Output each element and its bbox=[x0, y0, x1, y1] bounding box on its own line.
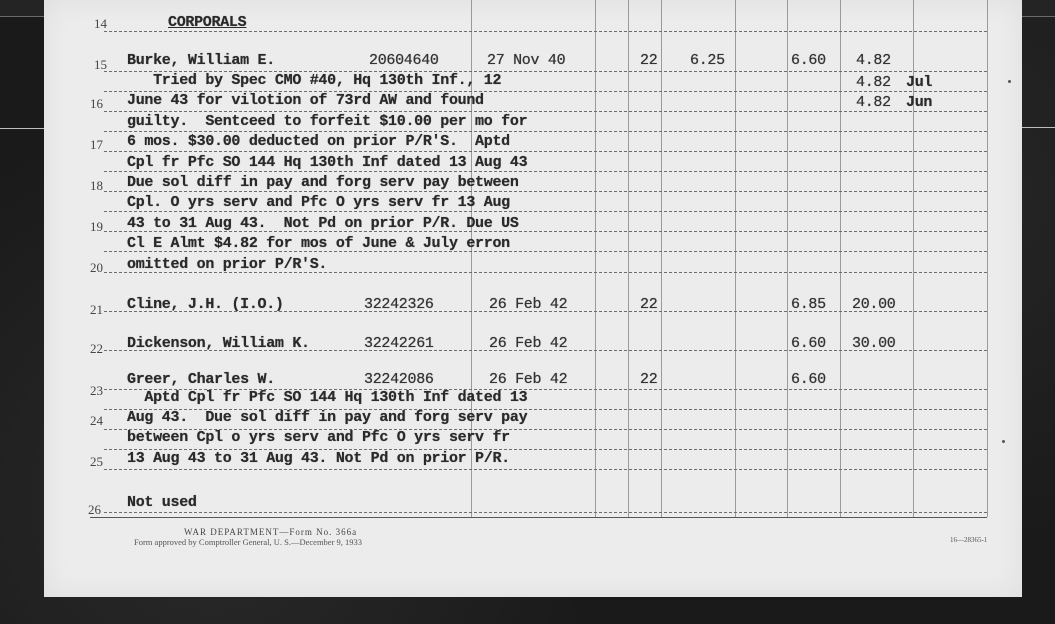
remark-line: 13 Aug 43 to 31 Aug 43. Not Pd on prior … bbox=[127, 450, 510, 467]
extra-month: Jul bbox=[906, 74, 932, 91]
enlistment-date: 27 Nov 40 bbox=[487, 52, 565, 69]
not-used-label: Not used bbox=[127, 494, 197, 511]
column-divider bbox=[987, 0, 988, 517]
ruled-line bbox=[104, 131, 987, 132]
enlistment-date: 26 Feb 42 bbox=[489, 335, 567, 352]
scan-artifact bbox=[1022, 127, 1055, 128]
remark-line: Tried by Spec CMO #40, Hq 130th Inf., 12 bbox=[127, 72, 501, 89]
remark-line: Cl E Almt $4.82 for mos of June & July e… bbox=[127, 235, 510, 252]
form-bottom-rule bbox=[90, 517, 987, 518]
column-divider bbox=[628, 0, 629, 517]
remark-line: between Cpl o yrs serv and Pfc O yrs ser… bbox=[127, 429, 510, 446]
row-number: 20 bbox=[90, 260, 103, 276]
row-number: 21 bbox=[90, 302, 103, 318]
ruled-line bbox=[104, 31, 987, 32]
extra-amount: 4.82 bbox=[856, 94, 891, 111]
extra-amount: 4.82 bbox=[856, 74, 891, 91]
column-divider bbox=[735, 0, 736, 517]
remark-line: 6 mos. $30.00 deducted on prior P/R'S. A… bbox=[127, 133, 510, 150]
soldier-name: Cline, J.H. (I.O.) bbox=[127, 296, 284, 313]
row-number: 25 bbox=[90, 454, 103, 470]
column-divider bbox=[661, 0, 662, 517]
serial-number: 20604640 bbox=[369, 52, 439, 69]
remark-line: omitted on prior P/R'S. bbox=[127, 256, 327, 273]
row-number: 14 bbox=[94, 16, 107, 32]
soldier-name: Burke, William E. bbox=[127, 52, 275, 69]
dust-speck bbox=[1008, 80, 1011, 83]
column-divider bbox=[595, 0, 596, 517]
pay-col-a: 22 bbox=[640, 52, 657, 69]
row-number: 18 bbox=[90, 178, 103, 194]
remark-line: Aptd Cpl fr Pfc SO 144 Hq 130th Inf date… bbox=[127, 389, 527, 406]
enlistment-date: 26 Feb 42 bbox=[489, 371, 567, 388]
pay-col-d: 4.82 bbox=[856, 52, 891, 69]
row-number: 19 bbox=[90, 219, 103, 235]
payroll-form-page: 14 CORPORALS 15 Burke, William E. 206046… bbox=[44, 0, 1022, 597]
ruled-line bbox=[104, 151, 987, 152]
extra-month: Jun bbox=[906, 94, 932, 111]
enlistment-date: 26 Feb 42 bbox=[489, 296, 567, 313]
column-divider bbox=[787, 0, 788, 517]
row-number: 16 bbox=[90, 96, 103, 112]
serial-number: 32242086 bbox=[364, 371, 434, 388]
pay-col-c: 6.60 bbox=[791, 335, 826, 352]
ruled-line bbox=[104, 171, 987, 172]
row-number: 24 bbox=[90, 413, 103, 429]
pay-col-c: 6.60 bbox=[791, 52, 826, 69]
soldier-name: Greer, Charles W. bbox=[127, 371, 275, 388]
form-code: 16—28365-1 bbox=[950, 536, 987, 544]
pay-col-a: 22 bbox=[640, 296, 657, 313]
remark-line: Cpl. O yrs serv and Pfc O yrs serv fr 13… bbox=[127, 194, 510, 211]
row-number: 17 bbox=[90, 137, 103, 153]
row-number: 22 bbox=[90, 341, 103, 357]
row-number: 23 bbox=[90, 383, 103, 399]
pay-col-a: 22 bbox=[640, 371, 657, 388]
remark-line: guilty. Sentceed to forfeit $10.00 per m… bbox=[127, 113, 527, 130]
section-header: CORPORALS bbox=[168, 14, 246, 31]
pay-col-c: 6.85 bbox=[791, 296, 826, 313]
ruled-line bbox=[104, 512, 987, 513]
form-approval: Form approved by Comptroller General, U.… bbox=[134, 537, 362, 547]
serial-number: 32242326 bbox=[364, 296, 434, 313]
pay-col-c: 6.60 bbox=[791, 371, 826, 388]
remark-line: 43 to 31 Aug 43. Not Pd on prior P/R. Du… bbox=[127, 215, 519, 232]
pay-col-b: 6.25 bbox=[690, 52, 725, 69]
scan-artifact bbox=[0, 128, 44, 129]
ruled-line bbox=[104, 191, 987, 192]
remark-line: Aug 43. Due sol diff in pay and forg ser… bbox=[127, 409, 527, 426]
row-number: 15 bbox=[94, 57, 107, 73]
remark-line: Cpl fr Pfc SO 144 Hq 130th Inf dated 13 … bbox=[127, 154, 527, 171]
column-divider bbox=[840, 0, 841, 517]
row-number: 26 bbox=[88, 502, 101, 518]
serial-number: 32242261 bbox=[364, 335, 434, 352]
pay-col-d: 20.00 bbox=[852, 296, 896, 313]
soldier-name: Dickenson, William K. bbox=[127, 335, 310, 352]
dust-speck bbox=[1002, 440, 1005, 443]
pay-col-d: 30.00 bbox=[852, 335, 896, 352]
remark-line: Due sol diff in pay and forg serv pay be… bbox=[127, 174, 519, 191]
remark-line: June 43 for vilotion of 73rd AW and foun… bbox=[127, 92, 484, 109]
ruled-line bbox=[104, 469, 987, 470]
form-title: WAR DEPARTMENT—Form No. 366a bbox=[184, 527, 357, 537]
